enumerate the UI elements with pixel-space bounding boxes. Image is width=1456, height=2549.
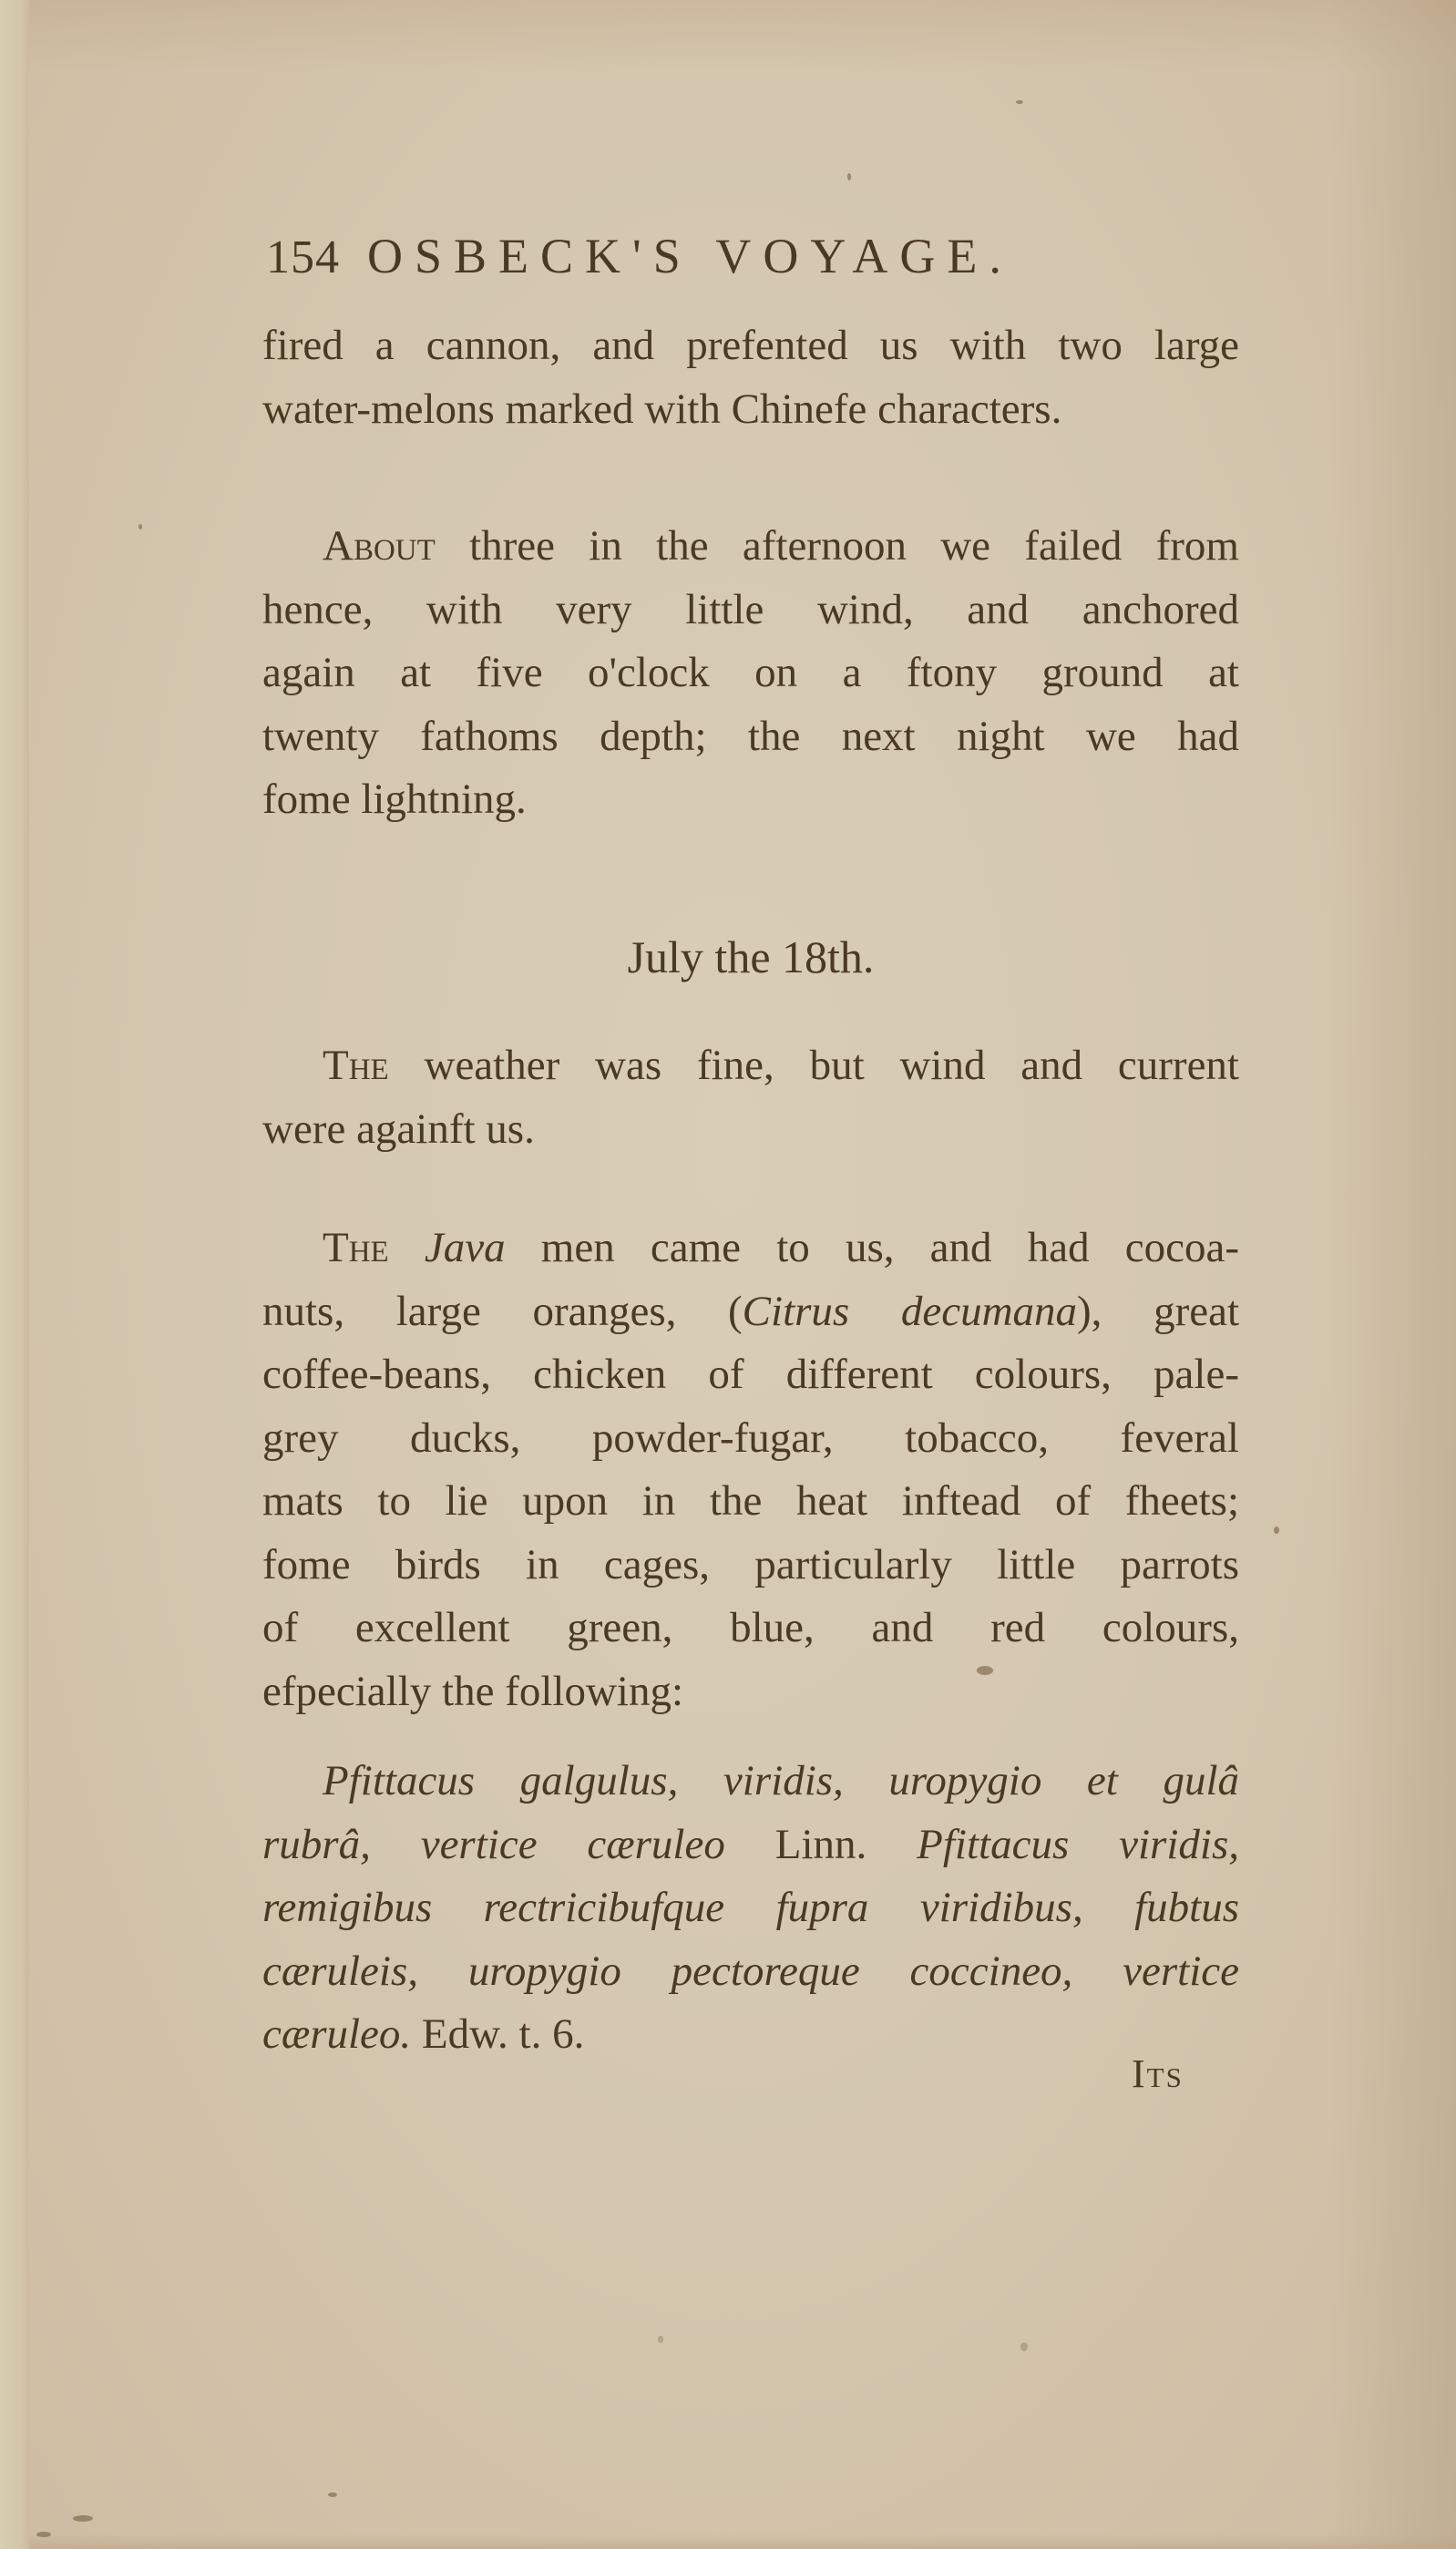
text-line: hence, with very little wind, and anchor…	[262, 579, 1239, 642]
text-line: About three in the afternoon we failed f…	[262, 515, 1239, 579]
paper-speck	[36, 2532, 51, 2537]
text-line: rubrâ, vertice cæruleo Linn. Pfittacus v…	[262, 1814, 1239, 1877]
text-line: were againft us.	[262, 1098, 1239, 1162]
text-line: water-melons marked with Chinefe charact…	[262, 378, 1239, 442]
paragraph-about-three: About three in the afternoon we failed f…	[262, 515, 1239, 832]
text-line: nuts, large oranges, (Citrus decumana), …	[262, 1280, 1239, 1344]
small-caps-lead: About	[323, 522, 436, 570]
text-line: twenty fathoms depth; the next night we …	[262, 705, 1239, 769]
paragraph-continuation: fired a cannon, and prefented us with tw…	[262, 314, 1239, 441]
text-line: The Java men came to us, and had cocoa-	[262, 1217, 1239, 1280]
text-line: efpecially the following:	[262, 1660, 1239, 1724]
paper-speck	[73, 2515, 93, 2522]
date-heading: July the 18th.	[262, 925, 1239, 989]
text-line: coffee-beans, chicken of different colou…	[262, 1343, 1239, 1407]
text-line: fired a cannon, and prefented us with tw…	[262, 314, 1239, 378]
text-line: of excellent green, blue, and red colour…	[262, 1597, 1239, 1660]
page-shadow-bottom	[29, 2534, 1456, 2549]
page-shadow-top	[29, 0, 1456, 73]
small-caps-lead: The	[323, 1042, 389, 1089]
page-number: 154	[266, 231, 340, 284]
text-line: Pfittacus galgulus, viridis, uropygio et…	[262, 1750, 1239, 1814]
text-line: fome lightning.	[262, 768, 1239, 832]
small-caps-lead: The	[323, 1224, 389, 1271]
paragraph-weather: The weather was fine, but wind and curre…	[262, 1034, 1239, 1161]
text-line: remigibus rectricibufque fupra viridibus…	[262, 1876, 1239, 1940]
text-line: again at five o'clock on a ftony ground …	[262, 642, 1239, 705]
catchword: Its	[1132, 2051, 1184, 2097]
page-edge-left	[0, 0, 29, 2549]
paper-speck	[138, 524, 142, 529]
paper-speck	[658, 2336, 663, 2343]
paper-speck	[847, 173, 851, 180]
running-title: OSBECK'S VOYAGE.	[367, 228, 1013, 284]
text-line: fome birds in cages, particularly little…	[262, 1534, 1239, 1598]
paper-speck	[1016, 100, 1023, 104]
paragraph-psittacus: Pfittacus galgulus, viridis, uropygio et…	[262, 1750, 1239, 2067]
text-line: The weather was fine, but wind and curre…	[262, 1034, 1239, 1098]
paragraph-java-men: The Java men came to us, and had cocoa- …	[262, 1217, 1239, 1723]
text-line: cæruleis, uropygio pectoreque coccineo, …	[262, 1940, 1239, 2004]
paper-speck	[328, 2492, 337, 2497]
paper-speck	[1020, 2342, 1028, 2351]
paper-speck	[1274, 1526, 1279, 1534]
running-head: 154 OSBECK'S VOYAGE.	[266, 228, 1268, 301]
text-line: grey ducks, powder-fugar, tobacco, fever…	[262, 1407, 1239, 1471]
book-page: 154 OSBECK'S VOYAGE. fired a cannon, and…	[0, 0, 1456, 2549]
text-line: cæruleo. Edw. t. 6.	[262, 2003, 1239, 2067]
text-line: mats to lie upon in the heat inftead of …	[262, 1470, 1239, 1534]
page-shadow-right	[1328, 0, 1456, 2549]
